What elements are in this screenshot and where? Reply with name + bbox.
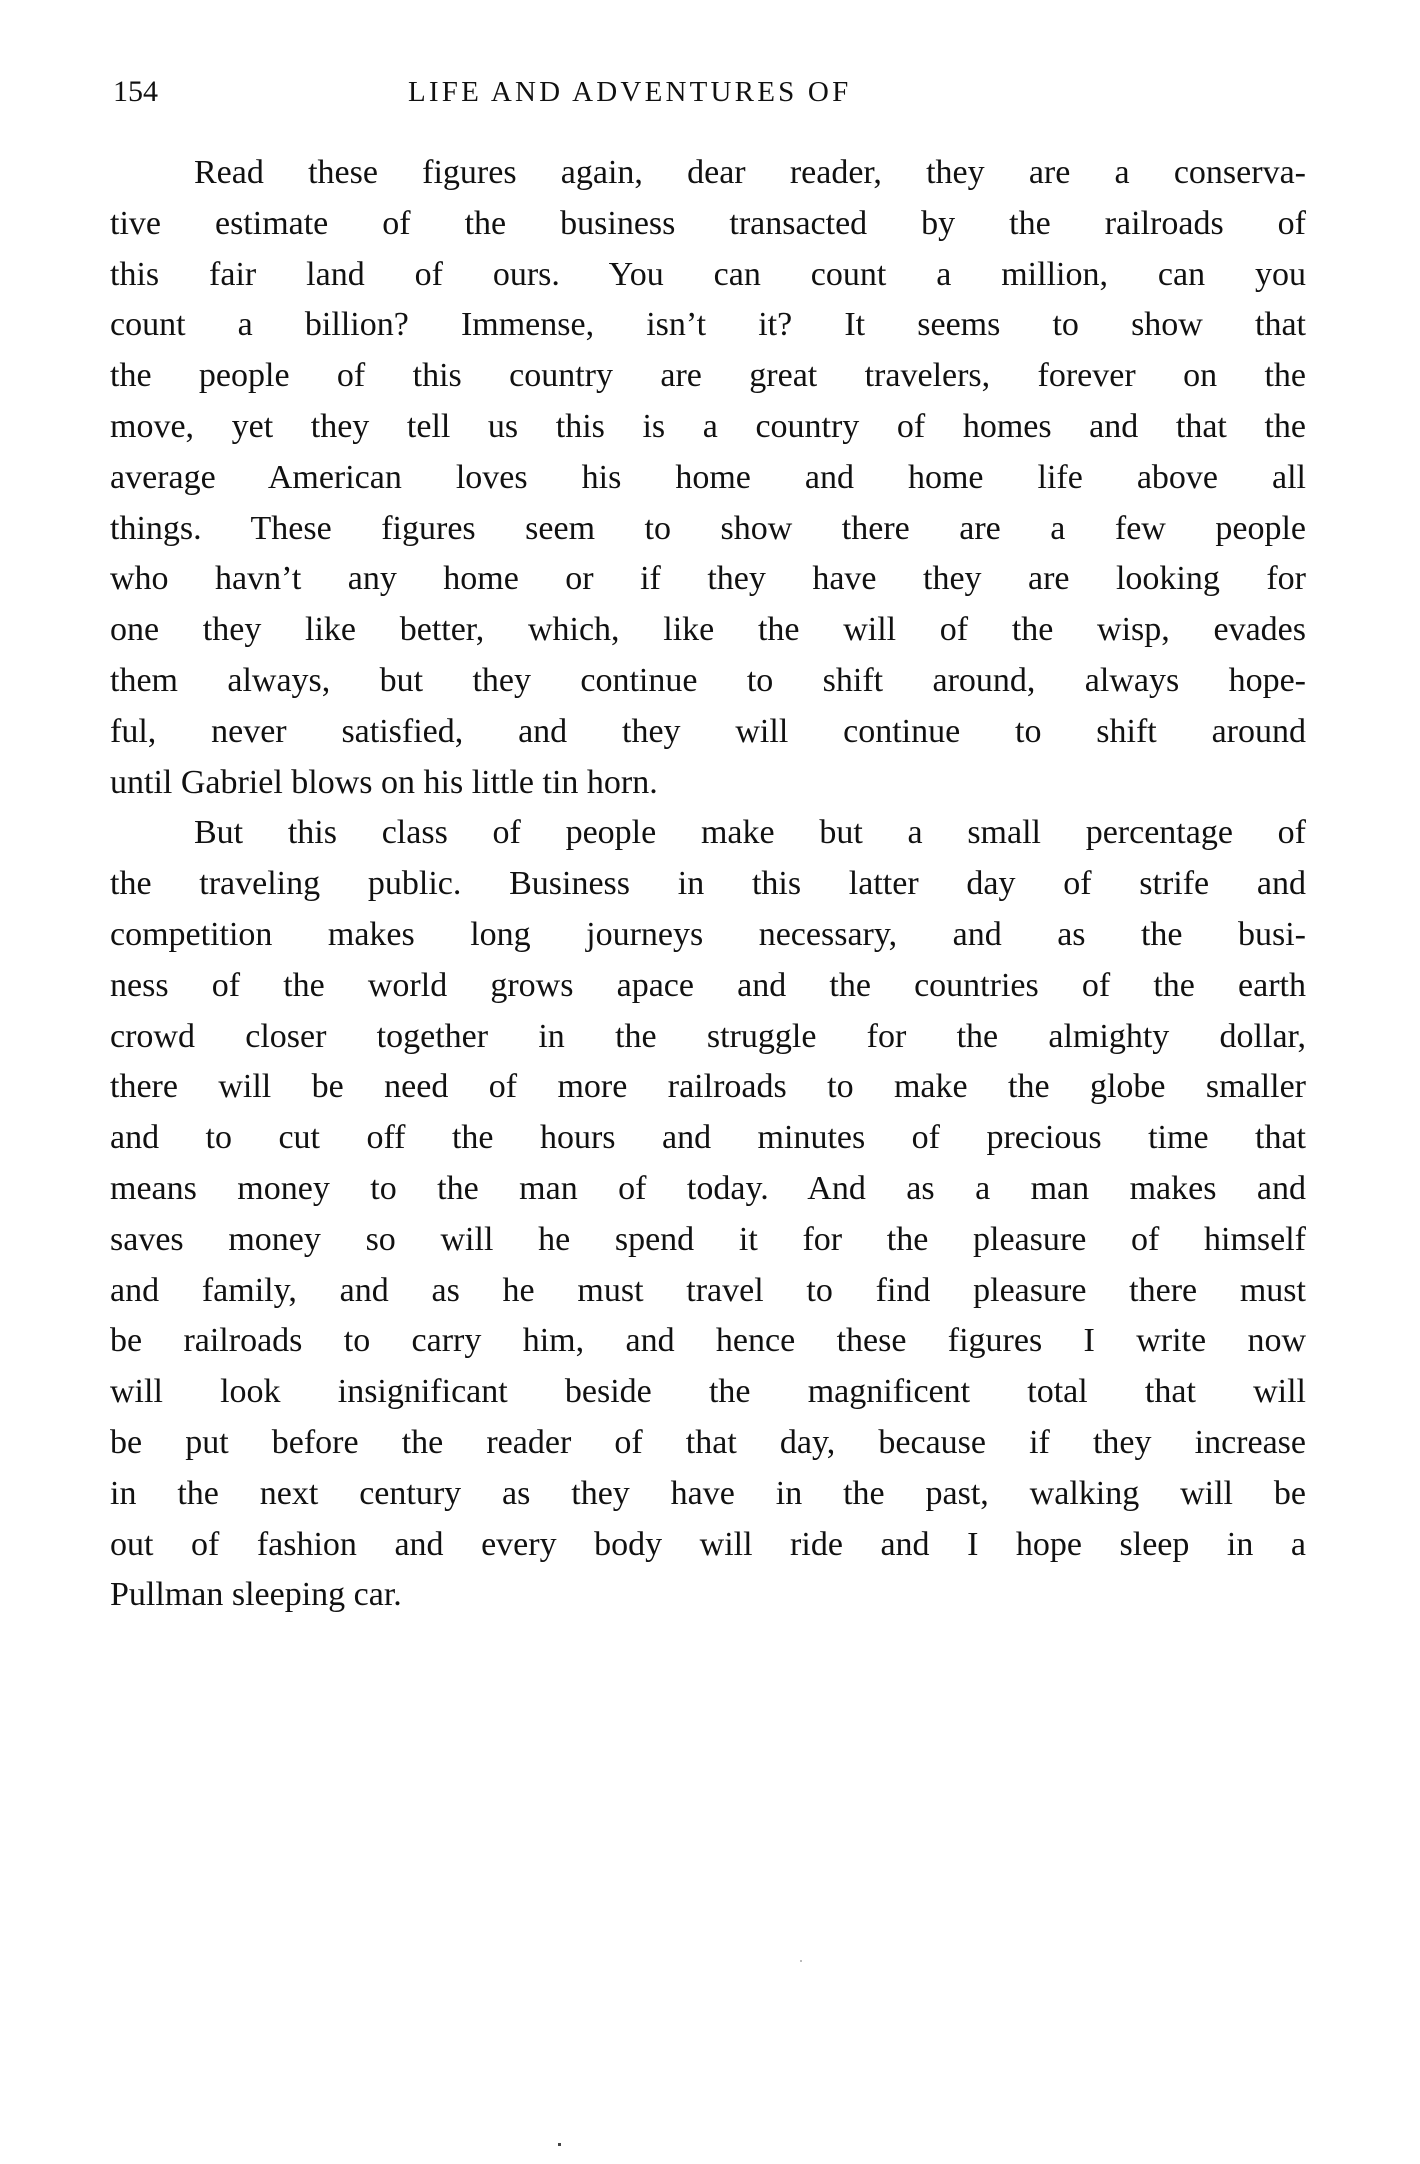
text-line: and to cut off the hours and minutes of …: [110, 1113, 1306, 1164]
text-line: move, yet they tell us this is a country…: [110, 402, 1306, 453]
scan-speck: [800, 1960, 802, 1962]
text-line: crowd closer together in the struggle fo…: [110, 1012, 1306, 1063]
text-line: who havn’t any home or if they have they…: [110, 554, 1306, 605]
text-line: one they like better, which, like the wi…: [110, 605, 1306, 656]
text-line: be railroads to carry him, and hence the…: [110, 1316, 1306, 1367]
text-line: Read these figures again, dear reader, t…: [110, 148, 1306, 199]
text-line: be put before the reader of that day, be…: [110, 1418, 1306, 1469]
text-line: and family, and as he must travel to fin…: [110, 1266, 1306, 1317]
text-line: them always, but they continue to shift …: [110, 656, 1306, 707]
text-line: But this class of people make but a smal…: [110, 808, 1306, 859]
text-line: average American loves his home and home…: [110, 453, 1306, 504]
text-line: in the next century as they have in the …: [110, 1469, 1306, 1520]
scan-speck: [558, 2143, 561, 2146]
running-title: LIFE AND ADVENTURES OF: [408, 72, 851, 112]
text-line: out of fashion and every body will ride …: [110, 1520, 1306, 1571]
text-line: until Gabriel blows on his little tin ho…: [110, 758, 1306, 809]
text-line: the traveling public. Business in this l…: [110, 859, 1306, 910]
paragraph-2: But this class of people make but a smal…: [110, 808, 1306, 1621]
body-text: Read these figures again, dear reader, t…: [110, 148, 1306, 1621]
text-line: things. These figures seem to show there…: [110, 504, 1306, 555]
text-line: tive estimate of the business transacted…: [110, 199, 1306, 250]
text-line: means money to the man of today. And as …: [110, 1164, 1306, 1215]
paragraph-1: Read these figures again, dear reader, t…: [110, 148, 1306, 808]
text-line: this fair land of ours. You can count a …: [110, 250, 1306, 301]
text-line: ful, never satisfied, and they will cont…: [110, 707, 1306, 758]
text-line: saves money so will he spend it for the …: [110, 1215, 1306, 1266]
text-line: competition makes long journeys necessar…: [110, 910, 1306, 961]
text-line: will look insignificant beside the magni…: [110, 1367, 1306, 1418]
book-page: 154 LIFE AND ADVENTURES OF Read these fi…: [0, 0, 1420, 2164]
text-line: ness of the world grows apace and the co…: [110, 961, 1306, 1012]
text-line: the people of this country are great tra…: [110, 351, 1306, 402]
page-number: 154: [113, 72, 158, 112]
text-line: count a billion? Immense, isn’t it? It s…: [110, 300, 1306, 351]
text-line: there will be need of more railroads to …: [110, 1062, 1306, 1113]
text-line: Pullman sleeping car.: [110, 1570, 1306, 1621]
running-head: 154 LIFE AND ADVENTURES OF: [110, 72, 1306, 112]
